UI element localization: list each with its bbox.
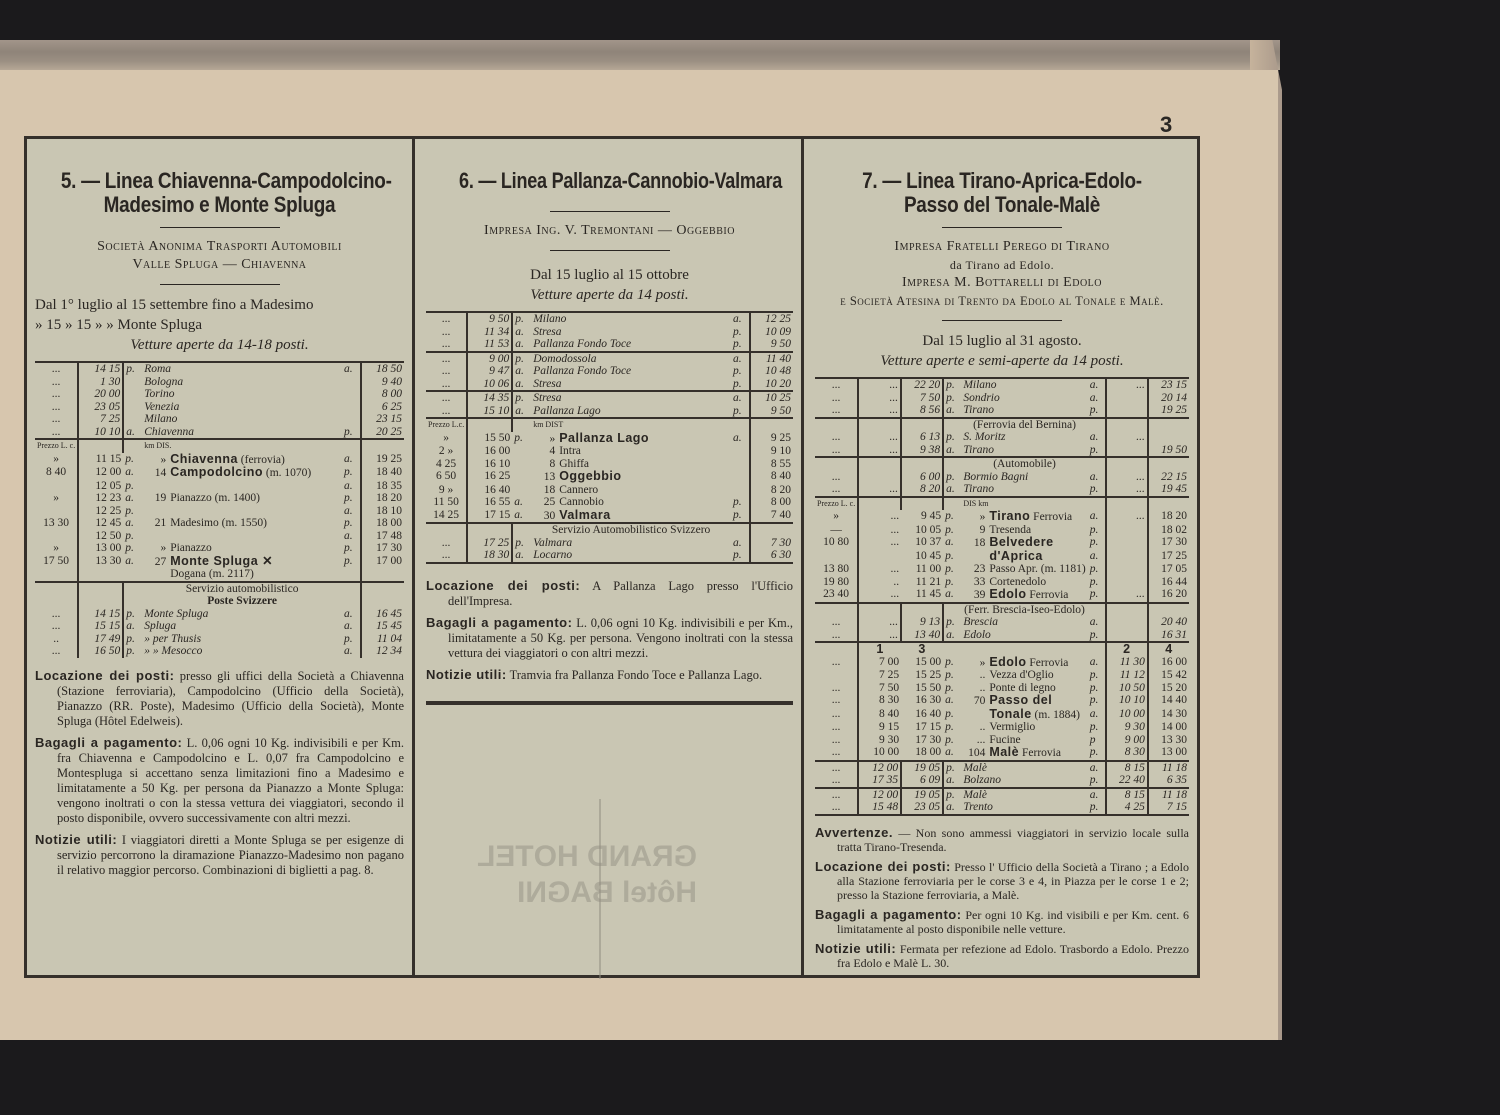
time-cell: 18 00 [901, 746, 943, 761]
return-time-cell: 8 00 [750, 496, 793, 509]
fare-cell: ... [35, 362, 78, 376]
return-time-cell: 10 00 [1106, 708, 1148, 722]
note-label: Locazione dei posti: [426, 578, 580, 593]
table-row: ...10 0018 00a.104Malè Ferroviap.8 3013 … [815, 746, 1189, 761]
time-cell [78, 568, 123, 582]
time-cell: 22 20 [901, 378, 943, 392]
table-row: ...9 47a.Pallanza Fondo Tocep.10 48 [426, 365, 793, 378]
station-note: Ferrovia [1029, 657, 1068, 669]
dep-arr-marker: p. [342, 517, 361, 530]
title-line-2: Madesimo e Monte Spluga [104, 192, 336, 217]
fare-cell: ... [815, 471, 858, 484]
fare-cell: » [35, 453, 78, 467]
time-cell: 6 09 [901, 774, 943, 788]
note-label: Locazione dei posti: [815, 859, 951, 874]
dep-arr-marker [512, 484, 531, 497]
station-note: (m. 1400) [215, 492, 260, 504]
note-label: Notizie utili: [815, 941, 896, 956]
time-cell: 9 00 [467, 352, 512, 366]
dep-arr-marker: a. [123, 466, 142, 480]
fare-cell: ... [426, 326, 467, 339]
dep-arr-marker: a. [943, 746, 961, 761]
station-name: Monte Spluga ✕ [170, 554, 273, 568]
dep-arr-marker: p. [943, 788, 961, 802]
dep-arr-marker: p. [731, 326, 750, 339]
column-header-row: Prezzo L. c.km DIS. [35, 439, 404, 453]
dep-arr-marker: p. [342, 492, 361, 505]
dep-arr-marker: p. [731, 549, 750, 563]
time-cell: 14 15 [78, 608, 123, 621]
fare-cell: ... [426, 537, 467, 550]
time-cell: ... [858, 588, 901, 603]
fare-cell: ... [35, 620, 78, 633]
return-time-cell: ... [1106, 471, 1148, 484]
timetable-6: ...9 50p.Milanoa.12 25...11 34a.Stresap.… [426, 311, 793, 564]
dep-arr-marker: a. [342, 620, 361, 633]
station-cell: Brescia [961, 616, 1087, 629]
dep-arr-marker: p. [943, 656, 961, 670]
fare-cell: ... [426, 378, 467, 392]
dep-arr-marker: p. [1088, 801, 1106, 815]
station-name: Valmara [559, 508, 610, 522]
dep-arr-marker: a. [512, 338, 531, 352]
station-cell: Bologna [142, 376, 342, 389]
time-cell [858, 550, 901, 564]
station-cell: Pallanza Fondo Toce [531, 365, 731, 378]
fare-cell: ... [815, 392, 858, 405]
period-line-1: Dal 1° luglio al 15 settembre fino a Mad… [35, 295, 404, 315]
return-time-cell: 12 34 [361, 645, 404, 658]
table-row: »...9 45p.»Tirano Ferroviaa....18 20 [815, 510, 1189, 524]
station-cell: »Edolo Ferrovia [961, 656, 1087, 670]
station-cell: 4Intra [531, 445, 731, 458]
station-name: Edolo [989, 587, 1026, 601]
dep-arr-marker: p. [943, 734, 961, 747]
dep-arr-marker [731, 445, 750, 458]
fare-cell: ... [35, 608, 78, 621]
return-time-cell: ... [1106, 378, 1148, 392]
return-time-cell: 8 20 [750, 484, 793, 497]
dep-arr-marker: p. [943, 669, 961, 682]
fare-cell: ... [815, 483, 858, 497]
note-locazione: Locazione dei posti: A Pallanza Lago pre… [426, 578, 793, 609]
dep-arr-marker: p. [943, 708, 961, 722]
km-value: 18 [963, 537, 985, 550]
fare-cell: ... [35, 388, 78, 401]
station-cell: Milano [531, 312, 731, 326]
return-time-cell: ... [1106, 588, 1148, 603]
fare-cell: ... [815, 616, 858, 629]
fare-cell [35, 505, 78, 518]
table-row: 12 50p. a.17 48 [35, 530, 404, 543]
dep-arr-marker: p. [123, 542, 142, 555]
time-cell: 20 00 [78, 388, 123, 401]
fare-cell: ... [815, 629, 858, 643]
dep-arr-marker: p. [943, 616, 961, 629]
dep-arr-marker: p. [731, 509, 750, 524]
return-time-cell [1106, 536, 1148, 550]
dep-arr-marker: p. [342, 633, 361, 646]
station-cell: Pallanza Lago [531, 405, 731, 419]
time-cell: 13 40 [901, 629, 943, 643]
time-cell: 15 48 [858, 801, 901, 815]
note-label: Bagagli a pagamento: [426, 615, 572, 630]
table-row: ...15 10a.Pallanza Lagop.9 50 [426, 405, 793, 419]
return-time-cell: 16 45 [361, 608, 404, 621]
company-line-4: e Società Atesina di Trento da Edolo al … [815, 292, 1189, 310]
time-cell: 10 37 [901, 536, 943, 550]
table-row: 12 05p. a.18 35 [35, 480, 404, 493]
dep-arr-marker: a. [1088, 378, 1106, 392]
dep-arr-marker: a. [123, 555, 142, 569]
return-time-cell: 17 30 [1148, 536, 1189, 550]
km-value: 18 [533, 484, 555, 497]
note-label: Avvertenze. [815, 825, 893, 840]
title-line-1: — Linea Tirano-Aprica-Edolo- [882, 168, 1141, 193]
station-name: Passo Apr. [989, 563, 1038, 575]
return-time-cell: 9 10 [750, 445, 793, 458]
return-time-cell [1106, 629, 1148, 643]
return-time-cell: ... [1106, 483, 1148, 497]
station-cell: Tirano [961, 404, 1087, 418]
fare-cell: 6 50 [426, 470, 467, 484]
line-number: 6. [459, 168, 474, 193]
dep-arr-marker: p. [731, 378, 750, 392]
dep-arr-marker: p. [1088, 669, 1106, 682]
dep-arr-marker: p. [1088, 404, 1106, 418]
station-name: Ghiffa [559, 458, 589, 470]
dep-arr-marker: a. [342, 505, 361, 518]
fare-cell [35, 568, 78, 582]
table-row: ...9 1517 15p...Vermiglio p.9 3014 00 [815, 721, 1189, 734]
divider [942, 320, 1062, 321]
km-value: 13 [533, 471, 555, 484]
time-cell: 11 34 [467, 326, 512, 339]
time-cell: 7 25 [78, 413, 123, 426]
dep-arr-marker [512, 458, 531, 471]
time-cell: ... [858, 629, 901, 643]
return-time-cell: 8 55 [750, 458, 793, 471]
fare-cell: » [815, 510, 858, 524]
fare-cell: 10 80 [815, 536, 858, 550]
table-row: »11 15p.»Chiavenna (ferrovia)a.19 25 [35, 453, 404, 467]
dep-arr-marker: p. [1088, 774, 1106, 788]
period-line-2: » 15 » 15 » » Monte Spluga [35, 315, 404, 335]
dep-arr-marker: a. [342, 453, 361, 467]
time-cell: 16 10 [467, 458, 512, 471]
station-cell: 70Passo del [961, 694, 1087, 708]
station-cell: 19Pianazzo (m. 1400) [142, 492, 342, 505]
note-avvertenze: Avvertenze. — Non sono ammessi viaggiato… [815, 826, 1189, 854]
dep-arr-marker: p. [731, 405, 750, 419]
return-time-cell: 20 40 [1148, 616, 1189, 629]
fare-cell [35, 530, 78, 543]
line-number: 7. [862, 168, 877, 193]
table-row: ...10 10a.Chiavennap.20 25 [35, 426, 404, 440]
note-notizie: Notizie utili: I viaggiatori diretti a M… [35, 832, 404, 878]
time-cell: 15 10 [467, 405, 512, 419]
station-name: Vezza d'Oglio [989, 669, 1053, 681]
time-cell: 15 00 [901, 656, 943, 670]
km-value: » [144, 542, 166, 555]
table-row: ..17 49p.» per Thusisp.11 04 [35, 633, 404, 646]
time-cell: ... [858, 536, 901, 550]
station-cell: Venezia [142, 401, 342, 414]
page-number: 3 [1160, 112, 1172, 138]
station-cell: Spluga [142, 620, 342, 633]
fare-cell: 11 50 [426, 496, 467, 509]
station-cell: Sondrio [961, 392, 1087, 405]
divider [550, 250, 670, 251]
station-cell: Stresa [531, 378, 731, 392]
fare-cell: ... [35, 376, 78, 389]
km-value: » [963, 511, 985, 524]
dep-arr-marker: a. [342, 362, 361, 376]
time-cell: 19 05 [901, 761, 943, 775]
dep-arr-marker: a. [943, 801, 961, 815]
divider [160, 227, 280, 228]
column-header-row: Prezzo L.c.km DIST [426, 418, 793, 432]
table-row: ...16 50p.» » Mesoccoa.12 34 [35, 645, 404, 658]
vehicle-info: Vetture aperte e semi-aperte da 14 posti… [815, 351, 1189, 371]
return-time-cell: ... [1106, 510, 1148, 524]
station-name: Cannobio [559, 496, 604, 508]
dep-arr-marker: a. [512, 378, 531, 392]
run-number: 4 [1148, 642, 1189, 656]
period: Dal 15 luglio al 31 agosto. [815, 331, 1189, 351]
time-cell: 10 06 [467, 378, 512, 392]
fare-cell: ... [426, 405, 467, 419]
station-cell: »Chiavenna (ferrovia) [142, 453, 342, 467]
return-time-cell: 10 50 [1106, 682, 1148, 695]
time-cell: 8 20 [901, 483, 943, 497]
dep-arr-marker: a. [943, 774, 961, 788]
run-number: 1 [858, 642, 901, 656]
time-cell: 14 15 [78, 362, 123, 376]
return-time-cell: 8 15 [1106, 761, 1148, 775]
dep-arr-marker: p. [512, 312, 531, 326]
dep-arr-marker: a. [342, 608, 361, 621]
fare-cell [35, 480, 78, 493]
return-time-cell [1106, 563, 1148, 576]
return-time-cell: 18 20 [361, 492, 404, 505]
time-cell [858, 471, 901, 484]
time-cell: 9 45 [901, 510, 943, 524]
station-cell: 21Madesimo (m. 1550) [142, 517, 342, 530]
dep-arr-marker: p. [342, 555, 361, 569]
dep-arr-marker: a. [512, 365, 531, 378]
line-6-section: 6. — Linea Pallanza-Cannobio-Valmara Imp… [418, 139, 804, 975]
dep-arr-marker [123, 376, 142, 389]
note-locazione: Locazione dei posti: presso gli uffici d… [35, 668, 404, 729]
return-time-cell: 9 30 [1106, 721, 1148, 734]
return-time-cell: 17 25 [1148, 550, 1189, 564]
dep-arr-marker: p. [123, 453, 142, 467]
fare-cell [815, 669, 858, 682]
section-header: Servizio Automobilistico Svizzero [512, 523, 750, 537]
dep-arr-marker: p. [943, 378, 961, 392]
return-time-cell: 17 30 [361, 542, 404, 555]
distance-header: km DIS. [142, 439, 342, 453]
table-row: ...6 00p.Bormio Bagnia....22 15 [815, 471, 1189, 484]
column-header-row: Prezzo L. c.DIS km [815, 497, 1189, 511]
table-row: 13 3012 45a.21Madesimo (m. 1550)p.18 00 [35, 517, 404, 530]
return-time-cell: 18 50 [361, 362, 404, 376]
line-7-section: 7. — Linea Tirano-Aprica-Edolo- Passo de… [807, 139, 1197, 975]
section-header-row: Servizio Automobilistico Svizzero [426, 523, 793, 537]
table-row: ...10 06a.Stresap.10 20 [426, 378, 793, 392]
note-locazione: Locazione dei posti: Presso l' Ufficio d… [815, 860, 1189, 902]
fare-cell: 23 40 [815, 588, 858, 603]
time-cell: 7 00 [858, 656, 901, 670]
station-cell: Malè [961, 761, 1087, 775]
station-cell: Milano [961, 378, 1087, 392]
note-notizie: Notizie utili: Tramvia fra Pallanza Fond… [426, 667, 793, 683]
time-cell: 1 30 [78, 376, 123, 389]
dep-arr-marker: p. [943, 576, 961, 589]
run-number: 2 [1106, 642, 1148, 656]
fare-cell: 14 25 [426, 509, 467, 524]
station-name: Campodolcino [170, 465, 263, 479]
time-cell: 10 45 [901, 550, 943, 564]
fare-cell: ... [426, 338, 467, 352]
section-header: (Automobile) [943, 457, 1106, 471]
station-cell: 18Belvedere [961, 536, 1087, 550]
time-cell: 13 00 [78, 542, 123, 555]
table-row: ...7 25Milano23 15 [35, 413, 404, 426]
dep-arr-marker: p. [1088, 588, 1106, 603]
dep-arr-marker: p. [1088, 746, 1106, 761]
time-cell: 15 50 [467, 432, 512, 446]
time-cell: 10 10 [78, 426, 123, 440]
dep-arr-marker: p. [1088, 536, 1106, 550]
dep-arr-marker: p. [123, 608, 142, 621]
fare-cell: ... [815, 431, 858, 444]
distance-header: km DIST [531, 418, 731, 432]
km-value: 33 [963, 576, 985, 589]
time-cell: ... [858, 524, 901, 537]
table-row: ...14 35p.Stresaa.10 25 [426, 391, 793, 405]
fare-cell: 8 40 [35, 466, 78, 480]
dep-arr-marker: p. [943, 721, 961, 734]
fare-cell: ... [35, 413, 78, 426]
dep-arr-marker: p. [123, 530, 142, 543]
km-value: .. [963, 721, 985, 734]
time-cell: 8 40 [858, 708, 901, 722]
fare-cell: ... [815, 378, 858, 392]
return-time-cell: 18 10 [361, 505, 404, 518]
dep-arr-marker: a. [512, 509, 531, 524]
return-time-cell: 22 40 [1106, 774, 1148, 788]
station-name: Cortenedolo [989, 576, 1046, 588]
time-cell: 10 00 [858, 746, 901, 761]
return-time-cell: 16 00 [1148, 656, 1189, 670]
section-header: Servizio automobilistico [123, 582, 361, 596]
table-row: ...15 4823 05a.Trentop.4 257 15 [815, 801, 1189, 815]
dep-arr-marker: p. [943, 550, 961, 564]
km-value: 21 [144, 517, 166, 530]
time-cell: 16 00 [467, 445, 512, 458]
station-cell: ...Fucine [961, 734, 1087, 747]
dep-arr-marker: a. [342, 530, 361, 543]
return-time-cell: 7 15 [1148, 801, 1189, 815]
time-cell: 12 25 [78, 505, 123, 518]
time-cell: 11 53 [467, 338, 512, 352]
dep-arr-marker: a. [731, 432, 750, 446]
note-bagagli: Bagagli a pagamento: L. 0,06 ogni 10 Kg.… [35, 735, 404, 826]
time-cell: 12 23 [78, 492, 123, 505]
dep-arr-marker: a. [512, 496, 531, 509]
return-time-cell: 17 05 [1148, 563, 1189, 576]
fare-cell: ... [815, 708, 858, 722]
dep-arr-marker [731, 484, 750, 497]
company-line-2: Valle Spluga — Chiavenna [35, 256, 404, 274]
fare-cell: .. [35, 633, 78, 646]
time-cell: 9 38 [901, 444, 943, 458]
return-time-cell: 8 30 [1106, 746, 1148, 761]
note-label: Notizie utili: [426, 667, 507, 682]
fare-cell: 4 25 [426, 458, 467, 471]
return-time-cell: 4 25 [1106, 801, 1148, 815]
table-row: ......9 38a.Tiranop.19 50 [815, 444, 1189, 458]
dep-arr-marker: a. [123, 492, 142, 505]
station-note: (m. 1181) [1041, 563, 1086, 575]
return-time-cell [1106, 444, 1148, 458]
return-time-cell: 20 25 [361, 426, 404, 440]
time-cell: ... [858, 378, 901, 392]
dep-arr-marker: p. [943, 682, 961, 695]
return-time-cell: 8 40 [750, 470, 793, 484]
station-cell: Locarno [531, 549, 731, 563]
fare-cell: » [426, 432, 467, 446]
fare-cell: ... [815, 788, 858, 802]
station-cell: ..Vezza d'Oglio [961, 669, 1087, 682]
table-row: ......22 20p.Milanoa....23 15 [815, 378, 1189, 392]
time-cell: 7 50 [901, 392, 943, 405]
dep-arr-marker: a. [123, 517, 142, 530]
table-row: ...17 25p.Valmaraa.7 30 [426, 537, 793, 550]
km-value: » [963, 657, 985, 670]
station-note: (ferrovia) [241, 454, 285, 466]
dep-arr-marker: p. [342, 466, 361, 480]
dep-arr-marker: p. [123, 480, 142, 493]
return-time-cell: 10 10 [1106, 694, 1148, 708]
station-cell: Malè [961, 788, 1087, 802]
station-name: Tirano [989, 509, 1030, 523]
dep-arr-marker: p. [1088, 694, 1106, 708]
time-cell: 15 50 [901, 682, 943, 695]
dep-arr-marker: p. [123, 362, 142, 376]
time-cell: 7 25 [858, 669, 901, 682]
dep-arr-marker: a. [512, 405, 531, 419]
dep-arr-marker: a. [943, 694, 961, 708]
table-row: ...11 34a.Stresap.10 09 [426, 326, 793, 339]
return-time-cell: 14 30 [1148, 708, 1189, 722]
return-time-cell: 9 50 [750, 405, 793, 419]
station-cell: ..Vermiglio [961, 721, 1087, 734]
station-cell: Stresa [531, 391, 731, 405]
time-cell: ... [858, 392, 901, 405]
table-row: ...15 15a.Splugaa.15 45 [35, 620, 404, 633]
time-cell: 14 35 [467, 391, 512, 405]
fare-cell: ... [426, 352, 467, 366]
period: Dal 15 luglio al 15 ottobre [426, 265, 793, 285]
dep-arr-marker: a. [123, 620, 142, 633]
station-cell [142, 480, 342, 493]
dep-arr-marker: p. [512, 432, 531, 446]
return-time-cell: 11 18 [1148, 788, 1189, 802]
return-time-cell: 8 15 [1106, 788, 1148, 802]
